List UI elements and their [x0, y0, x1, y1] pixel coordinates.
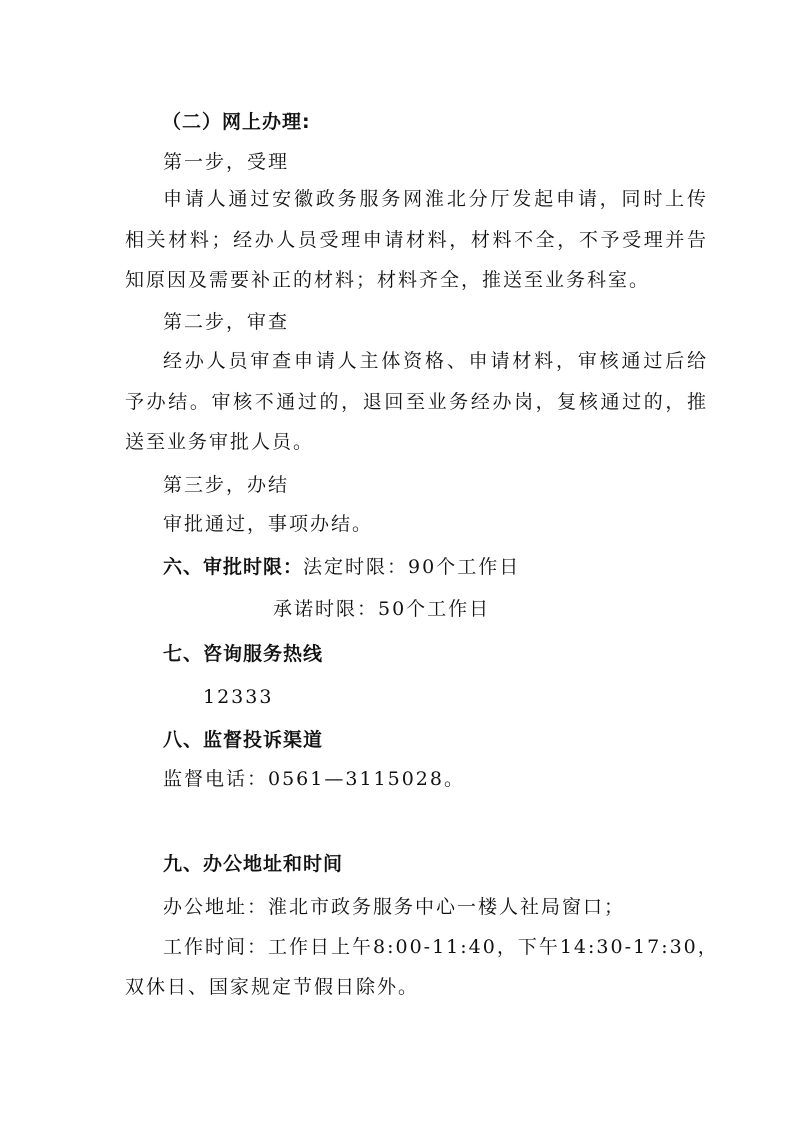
- section6-row: 六、审批时限：法定时限：90个工作日: [163, 555, 520, 579]
- step3-title: 第三步，办结: [163, 473, 289, 497]
- hotline-number: 12333: [203, 685, 273, 709]
- section8-heading: 八、监督投诉渠道: [163, 728, 323, 752]
- step1-title: 第一步，受理: [163, 150, 289, 174]
- promised-time-limit: 承诺时限：50个工作日: [273, 597, 490, 621]
- step1-line-1: 申请人通过安徽政务服务网淮北分厅发起申请，同时上传: [163, 187, 708, 211]
- step2-line-3: 送至业务审批人员。: [125, 430, 314, 454]
- online-processing-heading: （二）网上办理:: [162, 110, 311, 134]
- section6-heading: 六、审批时限：: [163, 556, 303, 578]
- step1-line-3: 知原因及需要补正的材料；材料齐全，推送至业务科室。: [125, 268, 650, 292]
- step1-line-2: 相关材料；经办人员受理申请材料，材料不全，不予受理并告: [125, 228, 708, 252]
- step2-line-2: 予办结。审核不通过的，退回至业务经办岗，复核通过的，推: [125, 390, 708, 414]
- step2-title: 第二步，审查: [163, 310, 289, 334]
- step3-line-1: 审批通过，事项办结。: [163, 512, 373, 536]
- legal-time-limit: 法定时限：90个工作日: [303, 556, 520, 578]
- section9-heading: 九、办公地址和时间: [163, 852, 343, 876]
- office-address: 办公地址：淮北市政务服务中心一楼人社局窗口；: [163, 895, 625, 919]
- step2-line-1: 经办人员审查申请人主体资格、申请材料，审核通过后给: [163, 349, 708, 373]
- office-hours-line-2: 双休日、国家规定节假日除外。: [125, 975, 419, 999]
- supervision-phone: 监督电话：0561—3115028。: [163, 767, 465, 791]
- office-hours-line-1: 工作时间：工作日上午8:00-11:40，下午14:30-17:30，: [163, 935, 719, 959]
- section7-heading: 七、咨询服务热线: [163, 642, 323, 666]
